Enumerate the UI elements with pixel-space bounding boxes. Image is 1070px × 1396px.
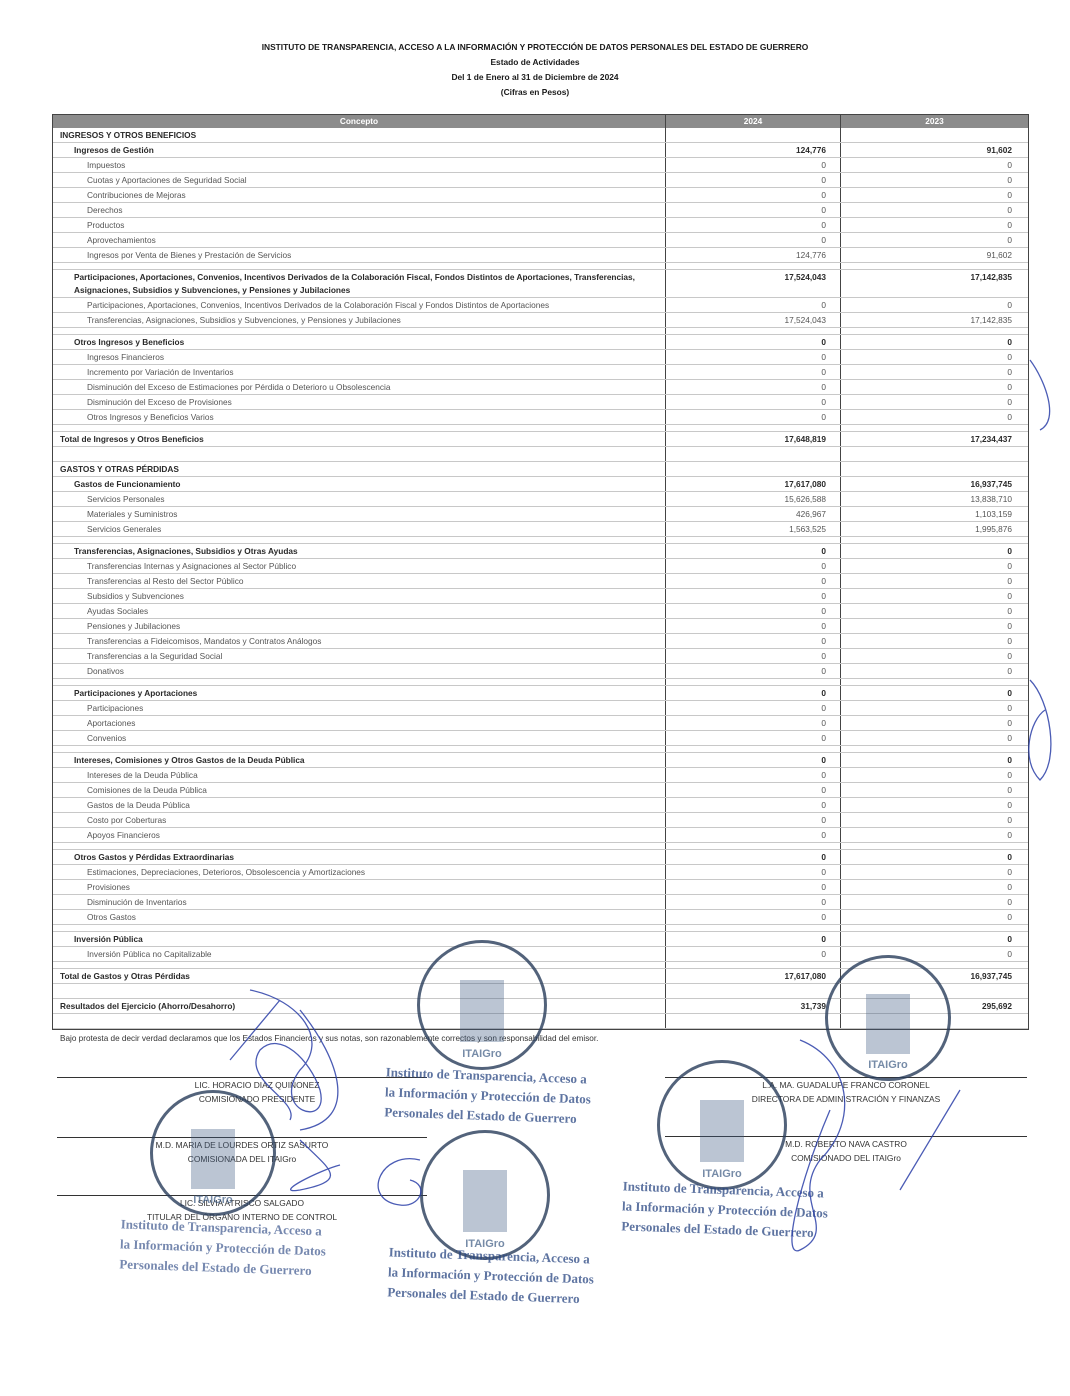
column-header-2024: 2024: [665, 115, 840, 128]
row-concept: Otros Ingresos y Beneficios Varios: [53, 410, 665, 424]
table-row: Participaciones, Aportaciones, Convenios…: [53, 270, 1028, 298]
row-concept: Inversión Pública: [53, 932, 665, 946]
row-concept: Participaciones y Aportaciones: [53, 686, 665, 700]
row-concept: Gastos de la Deuda Pública: [53, 798, 665, 812]
table-row: Apoyos Financieros00: [53, 828, 1028, 843]
table-row: Productos00: [53, 218, 1028, 233]
row-value-2023: 0: [840, 649, 1028, 663]
table-spacer-row: [53, 263, 1028, 270]
table-spacer-row: [53, 746, 1028, 753]
table-row: Ingresos Financieros00: [53, 350, 1028, 365]
row-value-2024: 0: [665, 850, 840, 864]
table-spacer-row: [53, 925, 1028, 932]
row-concept: Otros Ingresos y Beneficios: [53, 335, 665, 349]
table-row: Provisiones00: [53, 880, 1028, 895]
table-row: Pensiones y Jubilaciones00: [53, 619, 1028, 634]
row-value-2024: 0: [665, 686, 840, 700]
row-value-2024: 124,776: [665, 248, 840, 262]
row-concept: Incremento por Variación de Inventarios: [53, 365, 665, 379]
row-value-2024: 0: [665, 768, 840, 782]
row-value-2023: [840, 128, 1028, 142]
table-row: Gastos de Funcionamiento17,617,08016,937…: [53, 477, 1028, 492]
row-value-2024: 0: [665, 218, 840, 232]
row-value-2023: 0: [840, 932, 1028, 946]
row-value-2023: 13,838,710: [840, 492, 1028, 506]
row-value-2024: 0: [665, 634, 840, 648]
row-value-2023: 0: [840, 574, 1028, 588]
row-concept: Transferencias al Resto del Sector Públi…: [53, 574, 665, 588]
row-value-2024: 0: [665, 619, 840, 633]
institution-seal-stamp: ITAIGro: [825, 955, 951, 1081]
row-value-2023: 0: [840, 604, 1028, 618]
row-concept: Resultados del Ejercicio (Ahorro/Desahor…: [53, 999, 665, 1013]
row-concept: Convenios: [53, 731, 665, 745]
row-value-2024: 17,648,819: [665, 432, 840, 446]
row-value-2023: 0: [840, 350, 1028, 364]
row-concept: Disminución del Exceso de Estimaciones p…: [53, 380, 665, 394]
row-value-2024: 0: [665, 753, 840, 767]
row-value-2023: 0: [840, 365, 1028, 379]
row-value-2024: 0: [665, 895, 840, 909]
row-value-2024: 0: [665, 574, 840, 588]
signature-line: [57, 1077, 427, 1078]
row-value-2023: 0: [840, 731, 1028, 745]
row-value-2023: 1,103,159: [840, 507, 1028, 521]
row-concept: Otros Gastos y Pérdidas Extraordinarias: [53, 850, 665, 864]
row-value-2023: 0: [840, 910, 1028, 924]
row-value-2024: 0: [665, 783, 840, 797]
row-value-2023: 0: [840, 589, 1028, 603]
report-title: Estado de Actividades: [0, 57, 1070, 67]
institution-seal-stamp: ITAIGro: [420, 1130, 550, 1260]
row-value-2024: 31,739: [665, 999, 840, 1013]
row-concept: Costo por Coberturas: [53, 813, 665, 827]
row-value-2023: 16,937,745: [840, 477, 1028, 491]
row-concept: Derechos: [53, 203, 665, 217]
table-row: Participaciones00: [53, 701, 1028, 716]
table-row: Transferencias Internas y Asignaciones a…: [53, 559, 1028, 574]
row-value-2023: 0: [840, 544, 1028, 558]
row-value-2024: [665, 128, 840, 142]
table-spacer-row: [53, 679, 1028, 686]
table-row: GASTOS Y OTRAS PÉRDIDAS: [53, 462, 1028, 477]
row-value-2023: 0: [840, 783, 1028, 797]
row-value-2024: 0: [665, 813, 840, 827]
row-value-2023: 0: [840, 158, 1028, 172]
row-value-2024: 0: [665, 649, 840, 663]
row-value-2024: 1,563,525: [665, 522, 840, 536]
row-concept: Transferencias, Asignaciones, Subsidios …: [53, 544, 665, 558]
row-value-2023: 0: [840, 686, 1028, 700]
table-row: Aprovechamientos00: [53, 233, 1028, 248]
table-row: Cuotas y Aportaciones de Seguridad Socia…: [53, 173, 1028, 188]
table-spacer-row: [53, 537, 1028, 544]
row-concept: Servicios Personales: [53, 492, 665, 506]
row-value-2024: 0: [665, 589, 840, 603]
row-concept: Total de Ingresos y Otros Beneficios: [53, 432, 665, 446]
row-concept: Participaciones, Aportaciones, Convenios…: [53, 298, 665, 312]
row-concept: Otros Gastos: [53, 910, 665, 924]
table-row: Servicios Personales15,626,58813,838,710: [53, 492, 1028, 507]
row-value-2023: 17,142,835: [840, 313, 1028, 327]
row-value-2024: 0: [665, 350, 840, 364]
table-row: Ingresos de Gestión124,77691,602: [53, 143, 1028, 158]
row-value-2023: 0: [840, 410, 1028, 424]
table-row: Ayudas Sociales00: [53, 604, 1028, 619]
column-header-concept: Concepto: [53, 115, 665, 128]
row-concept: Participaciones, Aportaciones, Convenios…: [53, 270, 665, 297]
table-row: Participaciones y Aportaciones00: [53, 686, 1028, 701]
table-row: Participaciones, Aportaciones, Convenios…: [53, 298, 1028, 313]
row-value-2024: 0: [665, 604, 840, 618]
row-value-2024: 0: [665, 335, 840, 349]
row-value-2024: 17,524,043: [665, 313, 840, 327]
table-row: Otros Gastos00: [53, 910, 1028, 925]
row-concept: Materiales y Suministros: [53, 507, 665, 521]
seal-text-block: Instituto de Transparencia, Acceso a la …: [384, 1062, 592, 1129]
row-value-2024: 0: [665, 828, 840, 842]
row-value-2024: 17,617,080: [665, 477, 840, 491]
row-concept: Disminución del Exceso de Provisiones: [53, 395, 665, 409]
row-value-2024: 0: [665, 664, 840, 678]
row-value-2024: 15,626,588: [665, 492, 840, 506]
row-value-2024: 0: [665, 395, 840, 409]
row-value-2023: 0: [840, 895, 1028, 909]
row-concept: Total de Gastos y Otras Pérdidas: [53, 969, 665, 983]
row-value-2024: 0: [665, 947, 840, 961]
table-row: Transferencias a Fideicomisos, Mandatos …: [53, 634, 1028, 649]
row-value-2023: 0: [840, 218, 1028, 232]
row-value-2023: [840, 462, 1028, 476]
table-row: Transferencias, Asignaciones, Subsidios …: [53, 544, 1028, 559]
table-row: Transferencias a la Seguridad Social00: [53, 649, 1028, 664]
row-concept: Estimaciones, Depreciaciones, Deterioros…: [53, 865, 665, 879]
row-value-2023: 0: [840, 828, 1028, 842]
row-concept: Aportaciones: [53, 716, 665, 730]
row-value-2023: 91,602: [840, 248, 1028, 262]
table-row: Donativos00: [53, 664, 1028, 679]
table-row: Gastos de la Deuda Pública00: [53, 798, 1028, 813]
institution-seal-stamp: ITAIGro: [417, 940, 547, 1070]
table-row: Total de Ingresos y Otros Beneficios17,6…: [53, 432, 1028, 447]
row-value-2023: 0: [840, 619, 1028, 633]
row-value-2023: 1,995,876: [840, 522, 1028, 536]
row-value-2024: 0: [665, 188, 840, 202]
row-concept: Donativos: [53, 664, 665, 678]
row-concept: GASTOS Y OTRAS PÉRDIDAS: [53, 462, 665, 476]
row-concept: Cuotas y Aportaciones de Seguridad Socia…: [53, 173, 665, 187]
row-concept: Inversión Pública no Capitalizable: [53, 947, 665, 961]
row-concept: Transferencias a Fideicomisos, Mandatos …: [53, 634, 665, 648]
table-row: Servicios Generales1,563,5251,995,876: [53, 522, 1028, 537]
row-value-2024: 0: [665, 173, 840, 187]
row-value-2023: 0: [840, 880, 1028, 894]
row-value-2023: 0: [840, 559, 1028, 573]
row-concept: Disminución de Inventarios: [53, 895, 665, 909]
row-value-2024: 0: [665, 701, 840, 715]
table-row: Incremento por Variación de Inventarios0…: [53, 365, 1028, 380]
institution-seal-stamp: ITAIGro: [657, 1060, 787, 1190]
row-concept: Ingresos por Venta de Bienes y Prestació…: [53, 248, 665, 262]
table-row: Impuestos00: [53, 158, 1028, 173]
seal-text-block: Instituto de Transparencia, Acceso a la …: [387, 1242, 595, 1309]
row-value-2024: 0: [665, 865, 840, 879]
row-value-2024: 426,967: [665, 507, 840, 521]
row-value-2023: 91,602: [840, 143, 1028, 157]
row-concept: INGRESOS Y OTROS BENEFICIOS: [53, 128, 665, 142]
row-concept: Participaciones: [53, 701, 665, 715]
institution-name: INSTITUTO DE TRANSPARENCIA, ACCESO A LA …: [0, 42, 1070, 52]
row-concept: Ingresos Financieros: [53, 350, 665, 364]
row-value-2024: 0: [665, 559, 840, 573]
row-value-2024: 0: [665, 298, 840, 312]
row-value-2023: 0: [840, 865, 1028, 879]
row-concept: Transferencias a la Seguridad Social: [53, 649, 665, 663]
row-value-2023: 0: [840, 798, 1028, 812]
row-value-2024: 0: [665, 544, 840, 558]
row-concept: Impuestos: [53, 158, 665, 172]
table-spacer-row: [53, 328, 1028, 335]
row-concept: Comisiones de la Deuda Pública: [53, 783, 665, 797]
table-row: Otros Ingresos y Beneficios Varios00: [53, 410, 1028, 425]
row-value-2024: 0: [665, 932, 840, 946]
row-value-2024: [665, 462, 840, 476]
row-value-2024: 0: [665, 233, 840, 247]
table-row: Transferencias, Asignaciones, Subsidios …: [53, 313, 1028, 328]
row-value-2023: 0: [840, 203, 1028, 217]
row-value-2023: 0: [840, 335, 1028, 349]
row-value-2023: 0: [840, 768, 1028, 782]
table-row: INGRESOS Y OTROS BENEFICIOS: [53, 128, 1028, 143]
table-row: Convenios00: [53, 731, 1028, 746]
seal-acronym: ITAIGro: [420, 1048, 544, 1060]
row-value-2023: 0: [840, 716, 1028, 730]
row-value-2023: 0: [840, 813, 1028, 827]
table-row: Intereses, Comisiones y Otros Gastos de …: [53, 753, 1028, 768]
table-body: INGRESOS Y OTROS BENEFICIOSIngresos de G…: [53, 128, 1028, 1029]
row-value-2023: 0: [840, 850, 1028, 864]
row-value-2023: 0: [840, 634, 1028, 648]
table-row: Materiales y Suministros426,9671,103,159: [53, 507, 1028, 522]
row-concept: Transferencias Internas y Asignaciones a…: [53, 559, 665, 573]
row-value-2023: 0: [840, 298, 1028, 312]
table-row: Otros Ingresos y Beneficios00: [53, 335, 1028, 350]
row-value-2024: 124,776: [665, 143, 840, 157]
row-value-2024: 0: [665, 798, 840, 812]
table-row: Otros Gastos y Pérdidas Extraordinarias0…: [53, 850, 1028, 865]
table-row: Derechos00: [53, 203, 1028, 218]
row-value-2024: 0: [665, 410, 840, 424]
row-value-2023: 0: [840, 380, 1028, 394]
row-value-2023: 0: [840, 188, 1028, 202]
row-value-2023: 0: [840, 233, 1028, 247]
row-concept: Aprovechamientos: [53, 233, 665, 247]
table-row: Comisiones de la Deuda Pública00: [53, 783, 1028, 798]
table-spacer-row: [53, 843, 1028, 850]
row-value-2024: 0: [665, 203, 840, 217]
row-value-2023: 0: [840, 753, 1028, 767]
row-concept: Servicios Generales: [53, 522, 665, 536]
table-row: Inversión Pública00: [53, 932, 1028, 947]
row-value-2023: 0: [840, 664, 1028, 678]
row-concept: Pensiones y Jubilaciones: [53, 619, 665, 633]
table-row: Subsidios y Subvenciones00: [53, 589, 1028, 604]
row-value-2024: 17,524,043: [665, 270, 840, 297]
row-value-2024: 0: [665, 365, 840, 379]
seal-acronym: ITAIGro: [153, 1194, 273, 1206]
report-period: Del 1 de Enero al 31 de Diciembre de 202…: [0, 72, 1070, 82]
row-concept: Apoyos Financieros: [53, 828, 665, 842]
row-value-2023: 0: [840, 701, 1028, 715]
row-value-2023: 17,234,437: [840, 432, 1028, 446]
table-row: Contribuciones de Mejoras00: [53, 188, 1028, 203]
row-value-2024: 0: [665, 910, 840, 924]
activities-statement-table: Concepto 2024 2023 INGRESOS Y OTROS BENE…: [52, 114, 1029, 1030]
row-value-2024: 0: [665, 158, 840, 172]
seal-text-block: Instituto de Transparencia, Acceso a la …: [119, 1214, 327, 1281]
table-row: Ingresos por Venta de Bienes y Prestació…: [53, 248, 1028, 263]
table-row: Estimaciones, Depreciaciones, Deterioros…: [53, 865, 1028, 880]
row-value-2023: 0: [840, 173, 1028, 187]
table-row: Disminución del Exceso de Provisiones00: [53, 395, 1028, 410]
institution-seal-stamp: ITAIGro: [150, 1090, 276, 1216]
table-row: Disminución del Exceso de Estimaciones p…: [53, 380, 1028, 395]
row-concept: Contribuciones de Mejoras: [53, 188, 665, 202]
row-value-2023: 0: [840, 395, 1028, 409]
row-concept: Subsidios y Subvenciones: [53, 589, 665, 603]
row-concept: Transferencias, Asignaciones, Subsidios …: [53, 313, 665, 327]
row-concept: Ayudas Sociales: [53, 604, 665, 618]
table-row: Intereses de la Deuda Pública00: [53, 768, 1028, 783]
table-row: Aportaciones00: [53, 716, 1028, 731]
table-spacer-row: [53, 447, 1028, 462]
row-concept: Intereses, Comisiones y Otros Gastos de …: [53, 753, 665, 767]
table-row: Transferencias al Resto del Sector Públi…: [53, 574, 1028, 589]
row-concept: Productos: [53, 218, 665, 232]
row-value-2024: 0: [665, 716, 840, 730]
row-value-2024: 0: [665, 731, 840, 745]
row-value-2023: 17,142,835: [840, 270, 1028, 297]
row-value-2024: 17,617,080: [665, 969, 840, 983]
row-concept: Intereses de la Deuda Pública: [53, 768, 665, 782]
row-value-2024: 0: [665, 380, 840, 394]
row-value-2024: 0: [665, 880, 840, 894]
report-units: (Cifras en Pesos): [0, 87, 1070, 97]
seal-text-block: Instituto de Transparencia, Acceso a la …: [621, 1176, 829, 1243]
column-header-2023: 2023: [840, 115, 1028, 128]
row-concept: Provisiones: [53, 880, 665, 894]
table-row: Disminución de Inventarios00: [53, 895, 1028, 910]
table-spacer-row: [53, 425, 1028, 432]
table-row: Costo por Coberturas00: [53, 813, 1028, 828]
row-concept: Gastos de Funcionamiento: [53, 477, 665, 491]
table-header: Concepto 2024 2023: [53, 115, 1028, 128]
row-concept: Ingresos de Gestión: [53, 143, 665, 157]
seal-acronym: ITAIGro: [828, 1059, 948, 1071]
